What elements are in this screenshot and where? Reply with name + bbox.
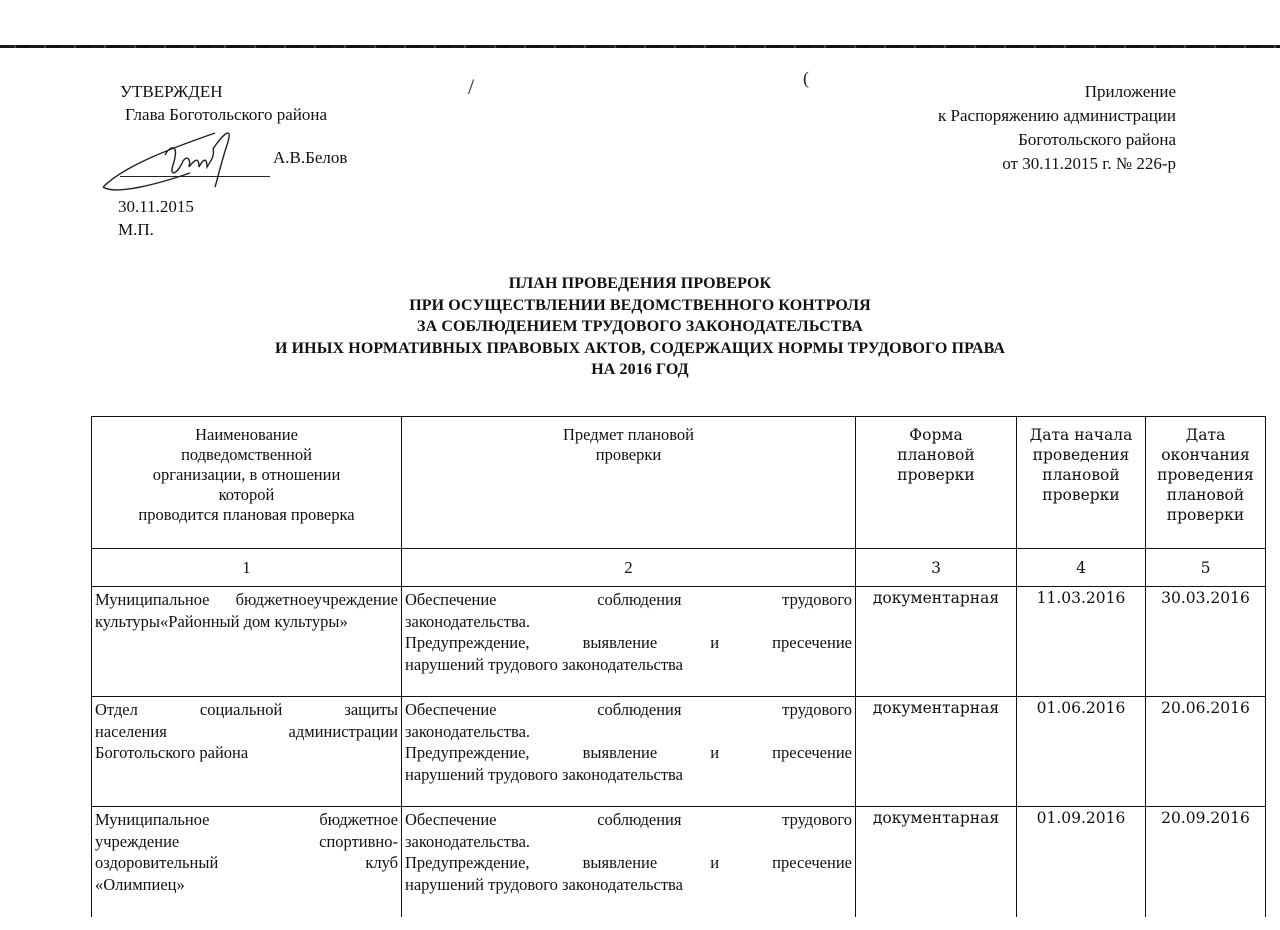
column-number-row: 1 2 3 4 5 — [92, 549, 1266, 587]
column-number: 4 — [1017, 549, 1146, 587]
column-number: 3 — [856, 549, 1017, 587]
end-date-cell: 20.06.2016 — [1146, 697, 1266, 807]
start-date-cell: 11.03.2016 — [1017, 587, 1146, 697]
approval-position: Глава Боготольского района — [120, 103, 327, 126]
column-number: 5 — [1146, 549, 1266, 587]
start-date-cell: 01.09.2016 — [1017, 807, 1146, 917]
form-cell: документарная — [856, 697, 1017, 807]
stray-mark: ( — [803, 68, 809, 89]
column-number: 1 — [92, 549, 402, 587]
start-date-cell: 01.06.2016 — [1017, 697, 1146, 807]
organization-cell: Отдел социальной защитынаселения админис… — [92, 697, 402, 807]
annex-line: к Распоряжению администрации — [938, 104, 1176, 128]
title-line: ЗА СОБЛЮДЕНИЕМ ТРУДОВОГО ЗАКОНОДАТЕЛЬСТВ… — [0, 316, 1280, 338]
subject-cell: Обеспечение соблюдения трудовогозаконода… — [402, 697, 856, 807]
header-end-date: Датаокончанияпроведенияплановойпроверки — [1146, 417, 1266, 549]
signature-line — [120, 176, 270, 177]
header-form: Формаплановойпроверки — [856, 417, 1017, 549]
end-date-cell: 30.03.2016 — [1146, 587, 1266, 697]
header-subject: Предмет плановойпроверки — [402, 417, 856, 549]
organization-cell: Муниципальное бюджетноеучреждение культу… — [92, 587, 402, 697]
table-row: Отдел социальной защитынаселения админис… — [92, 697, 1266, 807]
annex-line: от 30.11.2015 г. № 226-р — [938, 152, 1176, 176]
inspection-plan-table: Наименованиеподведомственнойорганизации,… — [91, 416, 1266, 917]
approval-date-block: 30.11.2015 М.П. — [118, 195, 194, 241]
approval-date: 30.11.2015 — [118, 195, 194, 218]
scan-border-line — [0, 45, 1280, 48]
organization-cell: Муниципальное бюджетноеучреждение спорти… — [92, 807, 402, 917]
table-row: Муниципальное бюджетноеучреждение культу… — [92, 587, 1266, 697]
document-title: ПЛАН ПРОВЕДЕНИЯ ПРОВЕРОК ПРИ ОСУЩЕСТВЛЕН… — [0, 273, 1280, 381]
table-row: Муниципальное бюджетноеучреждение спорти… — [92, 807, 1266, 917]
signature-icon — [95, 125, 275, 195]
title-line: И ИНЫХ НОРМАТИВНЫХ ПРАВОВЫХ АКТОВ, СОДЕР… — [0, 338, 1280, 360]
form-cell: документарная — [856, 587, 1017, 697]
subject-cell: Обеспечение соблюдения трудовогозаконода… — [402, 587, 856, 697]
title-line: ПРИ ОСУЩЕСТВЛЕНИИ ВЕДОМСТВЕННОГО КОНТРОЛ… — [0, 295, 1280, 317]
column-number: 2 — [402, 549, 856, 587]
title-line: ПЛАН ПРОВЕДЕНИЯ ПРОВЕРОК — [0, 273, 1280, 295]
annex-block: Приложение к Распоряжению администрации … — [938, 80, 1176, 176]
signer-name: А.В.Белов — [273, 148, 347, 168]
title-line: НА 2016 ГОД — [0, 359, 1280, 381]
table-header-row: Наименованиеподведомственнойорганизации,… — [92, 417, 1266, 549]
form-cell: документарная — [856, 807, 1017, 917]
stray-mark: / — [468, 74, 474, 100]
approval-block: УТВЕРЖДЕН Глава Боготольского района — [120, 80, 327, 126]
approval-status: УТВЕРЖДЕН — [120, 80, 327, 103]
annex-line: Боготольского района — [938, 128, 1176, 152]
end-date-cell: 20.09.2016 — [1146, 807, 1266, 917]
seal-mark: М.П. — [118, 218, 194, 241]
header-start-date: Дата началапроведенияплановойпроверки — [1017, 417, 1146, 549]
header-organization: Наименованиеподведомственнойорганизации,… — [92, 417, 402, 549]
annex-line: Приложение — [938, 80, 1176, 104]
subject-cell: Обеспечение соблюдения трудовогозаконода… — [402, 807, 856, 917]
